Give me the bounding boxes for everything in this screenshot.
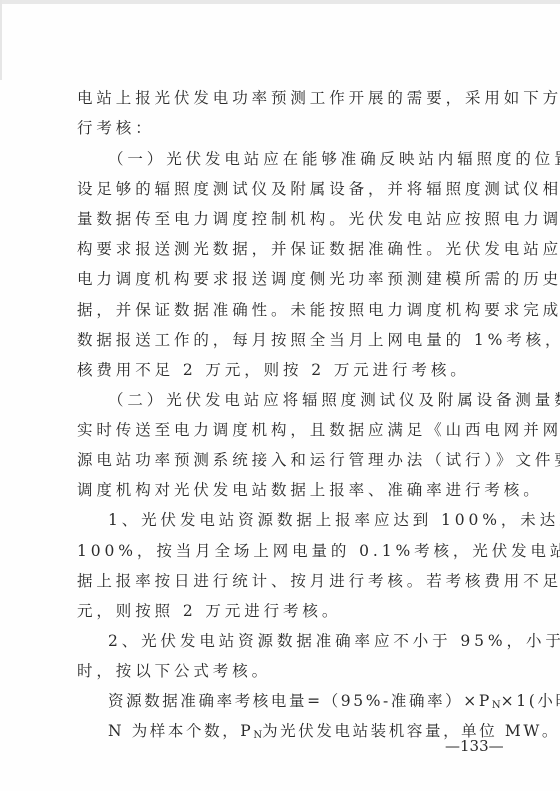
note-subscript: N xyxy=(253,730,262,741)
paragraph-1-start: （一）光伏发电站应在能够准确反映站内辐照度的位置装 xyxy=(108,149,528,169)
body-line: 元，则按照 2 万元进行考核。 xyxy=(77,601,497,621)
formula-subscript: N xyxy=(492,700,501,711)
body-line: 构要求报送测光数据，并保证数据准确性。光伏发电站应按照 xyxy=(77,239,497,259)
note-part1: N 为样本个数，P xyxy=(108,722,253,740)
item-1-start: 1、光伏发电站资源数据上报率应达到 100%，未达到 xyxy=(108,510,528,530)
body-line: 行考核： xyxy=(77,118,497,138)
body-line: 设足够的辐照度测试仪及附属设备，并将辐照度测试仪相关测 xyxy=(77,179,497,199)
body-line: 源电站功率预测系统接入和运行管理办法（试行）》文件要求。 xyxy=(77,450,497,470)
body-line: 调度机构对光伏发电站数据上报率、准确率进行考核。 xyxy=(77,480,497,500)
body-line: 电力调度机构要求报送调度侧光功率预测建模所需的历史数 xyxy=(77,269,497,289)
body-line: 核费用不足 2 万元，则按 2 万元进行考核。 xyxy=(77,360,497,380)
body-line: 数据报送工作的，每月按照全当月上网电量的 1%考核，若考 xyxy=(77,330,497,350)
formula-suffix: ×1(小时) xyxy=(501,692,560,710)
formula-prefix: 资源数据准确率考核电量=（95%-准确率）×P xyxy=(108,692,492,710)
document-page: 电站上报光伏发电功率预测工作开展的需要，采用如下方式进 行考核： （一）光伏发电… xyxy=(0,0,560,791)
body-line: 100%，按当月全场上网电量的 0.1%考核，光伏发电站资源数 xyxy=(77,541,497,561)
formula-line: 资源数据准确率考核电量=（95%-准确率）×PN×1(小时) xyxy=(108,691,528,716)
body-line: 电站上报光伏发电功率预测工作开展的需要，采用如下方式进 xyxy=(77,88,497,108)
page-number: —133— xyxy=(445,737,504,755)
body-line: 量数据传至电力调度控制机构。光伏发电站应按照电力调度机 xyxy=(77,209,497,229)
scan-edge-left xyxy=(0,0,2,80)
paragraph-2-start: （二）光伏发电站应将辐照度测试仪及附属设备测量数据 xyxy=(108,390,528,410)
body-line: 实时传送至电力调度机构，且数据应满足《山西电网并网新能 xyxy=(77,420,497,440)
body-line: 据，并保证数据准确性。未能按照电力调度机构要求完成历史 xyxy=(77,300,497,320)
scan-edge-top xyxy=(0,0,560,4)
item-2-start: 2、光伏发电站资源数据准确率应不小于 95%，小于 95% xyxy=(108,631,528,651)
body-line: 据上报率按日进行统计、按月进行考核。若考核费用不足 2 万 xyxy=(77,571,497,591)
note-part2: 为光伏发电站装机容量，单位 MW。 xyxy=(262,722,560,740)
body-line: 时，按以下公式考核。 xyxy=(77,661,497,681)
